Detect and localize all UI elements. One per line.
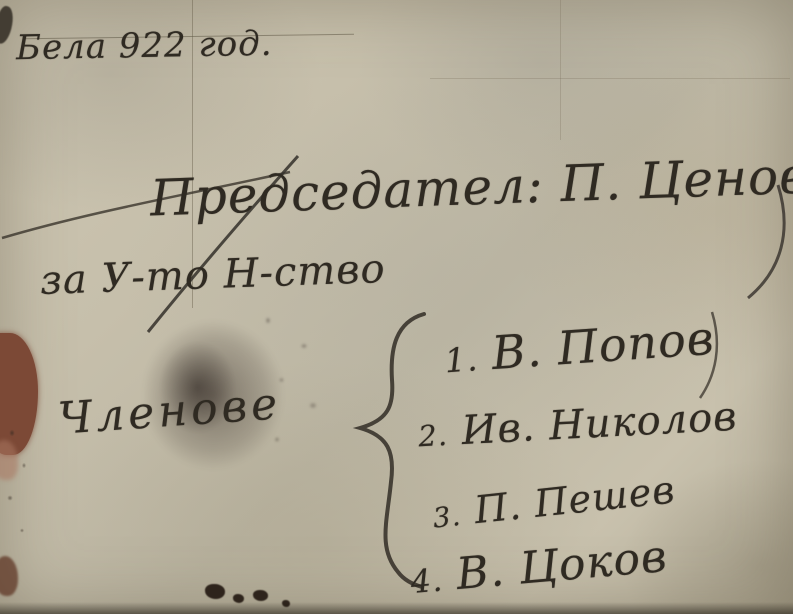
left-edge-specks: [0, 420, 40, 550]
signature-3-number: 3.: [432, 501, 463, 535]
signature-2-number: 2.: [417, 418, 448, 453]
signature-4-number: 4.: [409, 562, 444, 601]
bottom-ink-blot-1: [205, 584, 225, 599]
signature-1-number: 1.: [443, 339, 479, 380]
bottom-ink-blot-3: [253, 590, 268, 601]
dateline: Бела 922 год.: [16, 24, 273, 68]
bottom-shadow-edge: [0, 602, 793, 614]
photo-of-handwritten-document: Бела 922 год. Председател: П. Ценов за У…: [0, 0, 793, 614]
horizontal-crease-top-right: [430, 78, 790, 79]
vertical-crease-right: [560, 0, 561, 140]
